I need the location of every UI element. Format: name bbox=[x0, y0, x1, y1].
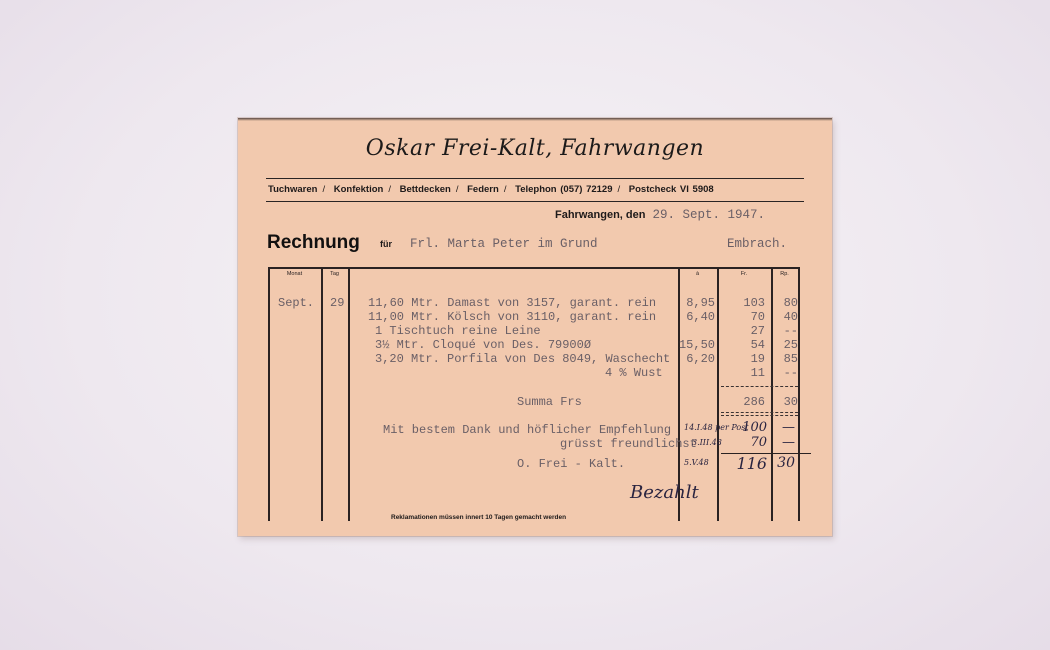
tax-description: 4 % Wust bbox=[605, 366, 663, 381]
item-rappen: 85 bbox=[771, 352, 798, 367]
total-double-rule-1 bbox=[721, 412, 798, 413]
recipient-city: Embrach. bbox=[727, 237, 787, 251]
item-unit-price: 15,50 bbox=[678, 338, 715, 353]
total-rappen: 30 bbox=[771, 395, 798, 410]
place-label: Fahrwangen, den bbox=[555, 209, 645, 221]
for-label: für bbox=[380, 239, 392, 249]
item-rappen: 25 bbox=[771, 338, 798, 353]
item-unit-price: 6,40 bbox=[678, 310, 715, 325]
item-francs: 27 bbox=[717, 324, 765, 339]
payment-note: 5.V.48 bbox=[684, 458, 709, 467]
category-bettdecken: Bettdecken bbox=[400, 184, 451, 195]
place-date: Fahrwangen, den 29. Sept. 1947. bbox=[555, 208, 765, 222]
header-month: Monat bbox=[268, 271, 321, 277]
payment-rappen: — bbox=[771, 420, 795, 435]
payment-rappen: — bbox=[771, 435, 795, 450]
recipient-name: Frl. Marta Peter im Grund bbox=[410, 237, 598, 251]
tax-rappen: -- bbox=[771, 366, 798, 381]
closing-line-1: Mit bestem Dank und höflicher Empfehlung bbox=[383, 423, 671, 438]
item-rappen: -- bbox=[771, 324, 798, 339]
company-name: Oskar Frei-Kalt, Fahrwangen bbox=[238, 136, 832, 161]
cell-day: 29 bbox=[330, 296, 344, 311]
payment-francs: 116 bbox=[717, 454, 767, 473]
closing-line-2: grüsst freundlichst bbox=[560, 437, 697, 452]
payment-francs: 100 bbox=[717, 420, 767, 435]
category-tuchwaren: Tuchwaren bbox=[268, 184, 317, 195]
col-divider-month bbox=[321, 267, 323, 521]
item-rappen: 80 bbox=[771, 296, 798, 311]
tax-francs: 11 bbox=[717, 366, 765, 381]
item-description: 1 Tischtuch reine Leine bbox=[375, 324, 541, 339]
invoice-paper: Oskar Frei-Kalt, Fahrwangen Tuchwaren/ K… bbox=[238, 118, 832, 536]
payment-francs: 70 bbox=[717, 435, 767, 450]
payment-rappen: 30 bbox=[771, 455, 795, 471]
telephone: Telephon (057) 72129 bbox=[515, 184, 612, 195]
closing-signature: O. Frei - Kalt. bbox=[517, 457, 625, 472]
item-unit-price: 6,20 bbox=[678, 352, 715, 367]
item-francs: 103 bbox=[717, 296, 765, 311]
item-description: 3,20 Mtr. Porfila von Des 8049, Waschech… bbox=[375, 352, 670, 367]
table-border-left bbox=[268, 267, 270, 521]
item-francs: 54 bbox=[717, 338, 765, 353]
col-divider-day bbox=[348, 267, 350, 521]
item-description: 11,60 Mtr. Damast von 3157, garant. rein bbox=[368, 296, 656, 311]
item-description: 3½ Mtr. Cloqué von Des. 79900Ø bbox=[375, 338, 591, 353]
total-francs: 286 bbox=[717, 395, 765, 410]
item-francs: 19 bbox=[717, 352, 765, 367]
invoice-title: Rechnung bbox=[267, 232, 360, 254]
complaints-footer: Reklamationen müssen innert 10 Tagen gem… bbox=[391, 514, 566, 521]
category-konfektion: Konfektion bbox=[334, 184, 384, 195]
subtotal-dashes bbox=[721, 386, 798, 387]
cell-month: Sept. bbox=[278, 296, 314, 311]
paid-stamp: Bezahlt bbox=[630, 482, 699, 503]
header-rule-top bbox=[266, 178, 804, 179]
table-border-right bbox=[798, 267, 800, 521]
total-double-rule-2 bbox=[721, 415, 798, 416]
category-federn: Federn bbox=[467, 184, 499, 195]
header-rule-bottom bbox=[266, 201, 804, 202]
item-description: 11,00 Mtr. Kölsch von 3110, garant. rein bbox=[368, 310, 656, 325]
header-unit-price: à bbox=[678, 271, 717, 277]
item-rappen: 40 bbox=[771, 310, 798, 325]
header-rappen: Rp. bbox=[771, 271, 798, 277]
postcheck: Postcheck VI 5908 bbox=[629, 184, 714, 195]
header-day: Tag bbox=[321, 271, 348, 277]
header-francs: Fr. bbox=[717, 271, 771, 277]
item-francs: 70 bbox=[717, 310, 765, 325]
business-categories: Tuchwaren/ Konfektion/ Bettdecken/ Feder… bbox=[268, 184, 714, 195]
total-label: Summa Frs bbox=[517, 395, 582, 410]
item-unit-price: 8,95 bbox=[678, 296, 715, 311]
invoice-date: 29. Sept. 1947. bbox=[653, 208, 766, 222]
